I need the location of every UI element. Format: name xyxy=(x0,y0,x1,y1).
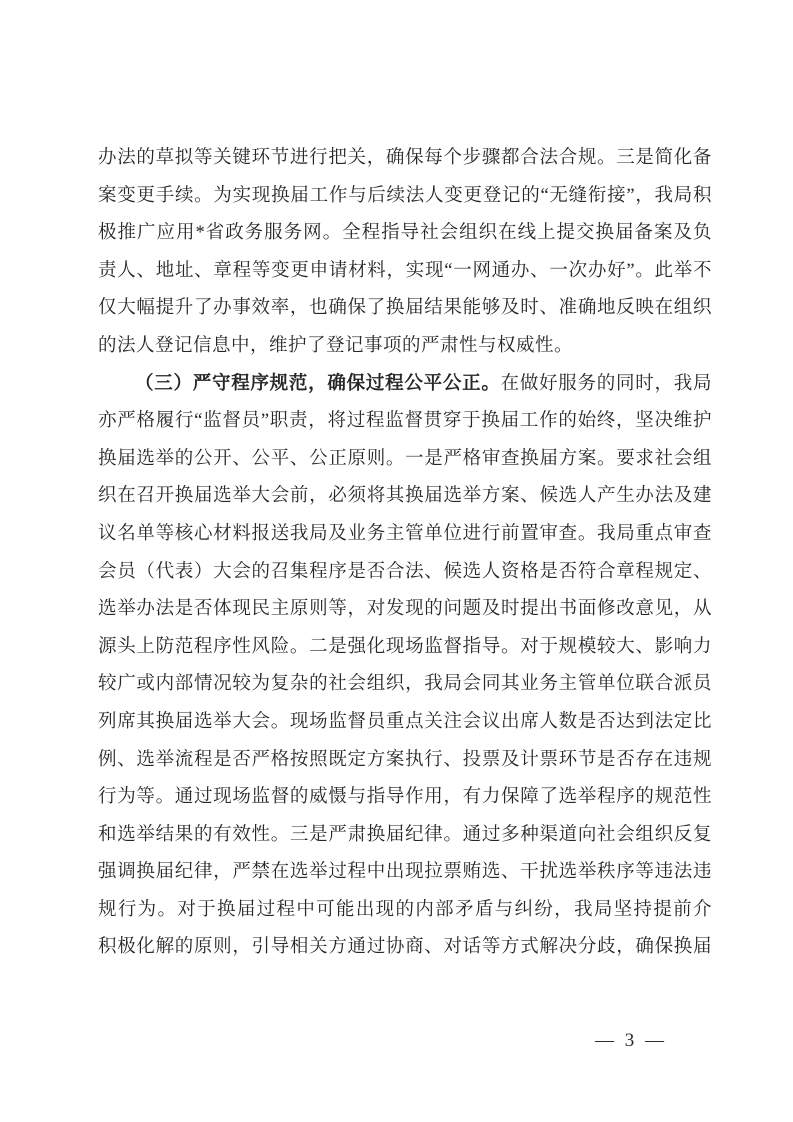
body-text: 办法的草拟等关键环节进行把关，确保每个步骤都合法合规。三是简化备 xyxy=(98,148,712,168)
body-text: 规行为。对于换届过程中可能出现的内部矛盾与纠纷，我局坚持提前介入、 xyxy=(98,900,712,930)
text-line: 列席其换届选举大会。现场监督员重点关注会议出席人数是否达到法定比 xyxy=(98,704,712,742)
body-text: 仅大幅提升了办事效率，也确保了换届结果能够及时、准确地反映在组织 xyxy=(98,298,712,318)
text-line: 的法人登记信息中，维护了登记事项的严肃性与权威性。 xyxy=(98,328,712,366)
text-line: 和选举结果的有效性。三是严肃换届纪律。通过多种渠道向社会组织反复 xyxy=(98,817,712,855)
body-text: 在做好服务的同时，我局 xyxy=(501,374,712,394)
body-text: 案变更手续。为实现换届工作与后续法人变更登记的“无缝衔接”，我局积 xyxy=(98,186,712,206)
text-line: 办法的草拟等关键环节进行把关，确保每个步骤都合法合规。三是简化备 xyxy=(98,140,712,178)
body-text: 织在召开换届选举大会前，必须将其换届选举方案、候选人产生办法及建 xyxy=(98,486,712,506)
body-text: 行为等。通过现场监督的威慑与指导作用，有力保障了选举程序的规范性 xyxy=(98,787,712,807)
text-line: 织在召开换届选举大会前，必须将其换届选举方案、候选人产生办法及建 xyxy=(98,478,712,516)
document-body: 办法的草拟等关键环节进行把关，确保每个步骤都合法合规。三是简化备案变更手续。为实… xyxy=(98,140,712,967)
body-text: 例、选举流程是否严格按照既定方案执行、投票及计票环节是否存在违规 xyxy=(98,750,712,770)
text-line: 仅大幅提升了办事效率，也确保了换届结果能够及时、准确地反映在组织 xyxy=(98,290,712,328)
text-line: 会员（代表）大会的召集程序是否合法、候选人资格是否符合章程规定、 xyxy=(98,554,712,592)
text-line: 较广或内部情况较为复杂的社会组织，我局会同其业务主管单位联合派员 xyxy=(98,666,712,704)
body-text: 责人、地址、章程等变更申请材料，实现“一网通办、一次办好”。此举不 xyxy=(98,261,712,281)
text-line: 源头上防范程序性风险。二是强化现场监督指导。对于规模较大、影响力 xyxy=(98,629,712,667)
body-text: 的法人登记信息中，维护了登记事项的严肃性与权威性。 xyxy=(98,336,573,356)
text-line: 议名单等核心材料报送我局及业务主管单位进行前置审查。我局重点审查 xyxy=(98,516,712,554)
text-line: 选举办法是否体现民主原则等，对发现的问题及时提出书面修改意见，从 xyxy=(98,591,712,629)
body-text: 较广或内部情况较为复杂的社会组织，我局会同其业务主管单位联合派员 xyxy=(98,674,712,694)
page-number: — 3 — xyxy=(595,1030,667,1052)
text-line: 亦严格履行“监督员”职责，将过程监督贯穿于换届工作的始终，坚决维护 xyxy=(98,403,712,441)
text-line: 积极化解的原则，引导相关方通过协商、对话等方式解决分歧，确保换届 xyxy=(98,929,712,967)
body-text: 和选举结果的有效性。三是严肃换届纪律。通过多种渠道向社会组织反复 xyxy=(98,825,712,845)
text-line: 强调换届纪律，严禁在选举过程中出现拉票贿选、干扰选举秩序等违法违 xyxy=(98,854,712,892)
body-text: 议名单等核心材料报送我局及业务主管单位进行前置审查。我局重点审查 xyxy=(98,524,712,544)
body-text: 积极化解的原则，引导相关方通过协商、对话等方式解决分歧，确保换届 xyxy=(98,937,712,957)
text-line: 责人、地址、章程等变更申请材料，实现“一网通办、一次办好”。此举不 xyxy=(98,253,712,291)
body-text: 源头上防范程序性风险。二是强化现场监督指导。对于规模较大、影响力 xyxy=(98,637,712,657)
text-line: 例、选举流程是否严格按照既定方案执行、投票及计票环节是否存在违规 xyxy=(98,742,712,780)
body-text: 亦严格履行“监督员”职责，将过程监督贯穿于换届工作的始终，坚决维护 xyxy=(98,411,712,431)
body-text: 强调换届纪律，严禁在选举过程中出现拉票贿选、干扰选举秩序等违法违 xyxy=(98,862,712,882)
text-line: 规行为。对于换届过程中可能出现的内部矛盾与纠纷，我局坚持提前介入、 xyxy=(98,892,712,930)
document-page: 办法的草拟等关键环节进行把关，确保每个步骤都合法合规。三是简化备案变更手续。为实… xyxy=(0,0,793,1122)
body-text: 会员（代表）大会的召集程序是否合法、候选人资格是否符合章程规定、 xyxy=(98,562,712,582)
text-line: 换届选举的公开、公平、公正原则。一是严格审查换届方案。要求社会组 xyxy=(98,441,712,479)
text-line: （三）严守程序规范，确保过程公平公正。在做好服务的同时，我局 xyxy=(98,366,712,404)
section-heading: （三）严守程序规范，确保过程公平公正。 xyxy=(135,374,501,394)
body-text: 极推广应用*省政务服务网。全程指导社会组织在线上提交换届备案及负 xyxy=(98,223,712,243)
body-text: 选举办法是否体现民主原则等，对发现的问题及时提出书面修改意见，从 xyxy=(98,599,712,619)
text-line: 行为等。通过现场监督的威慑与指导作用，有力保障了选举程序的规范性 xyxy=(98,779,712,817)
text-line: 案变更手续。为实现换届工作与后续法人变更登记的“无缝衔接”，我局积 xyxy=(98,178,712,216)
text-line: 极推广应用*省政务服务网。全程指导社会组织在线上提交换届备案及负 xyxy=(98,215,712,253)
body-text: 列席其换届选举大会。现场监督员重点关注会议出席人数是否达到法定比 xyxy=(98,712,712,732)
body-text: 换届选举的公开、公平、公正原则。一是严格审查换届方案。要求社会组 xyxy=(98,449,712,469)
